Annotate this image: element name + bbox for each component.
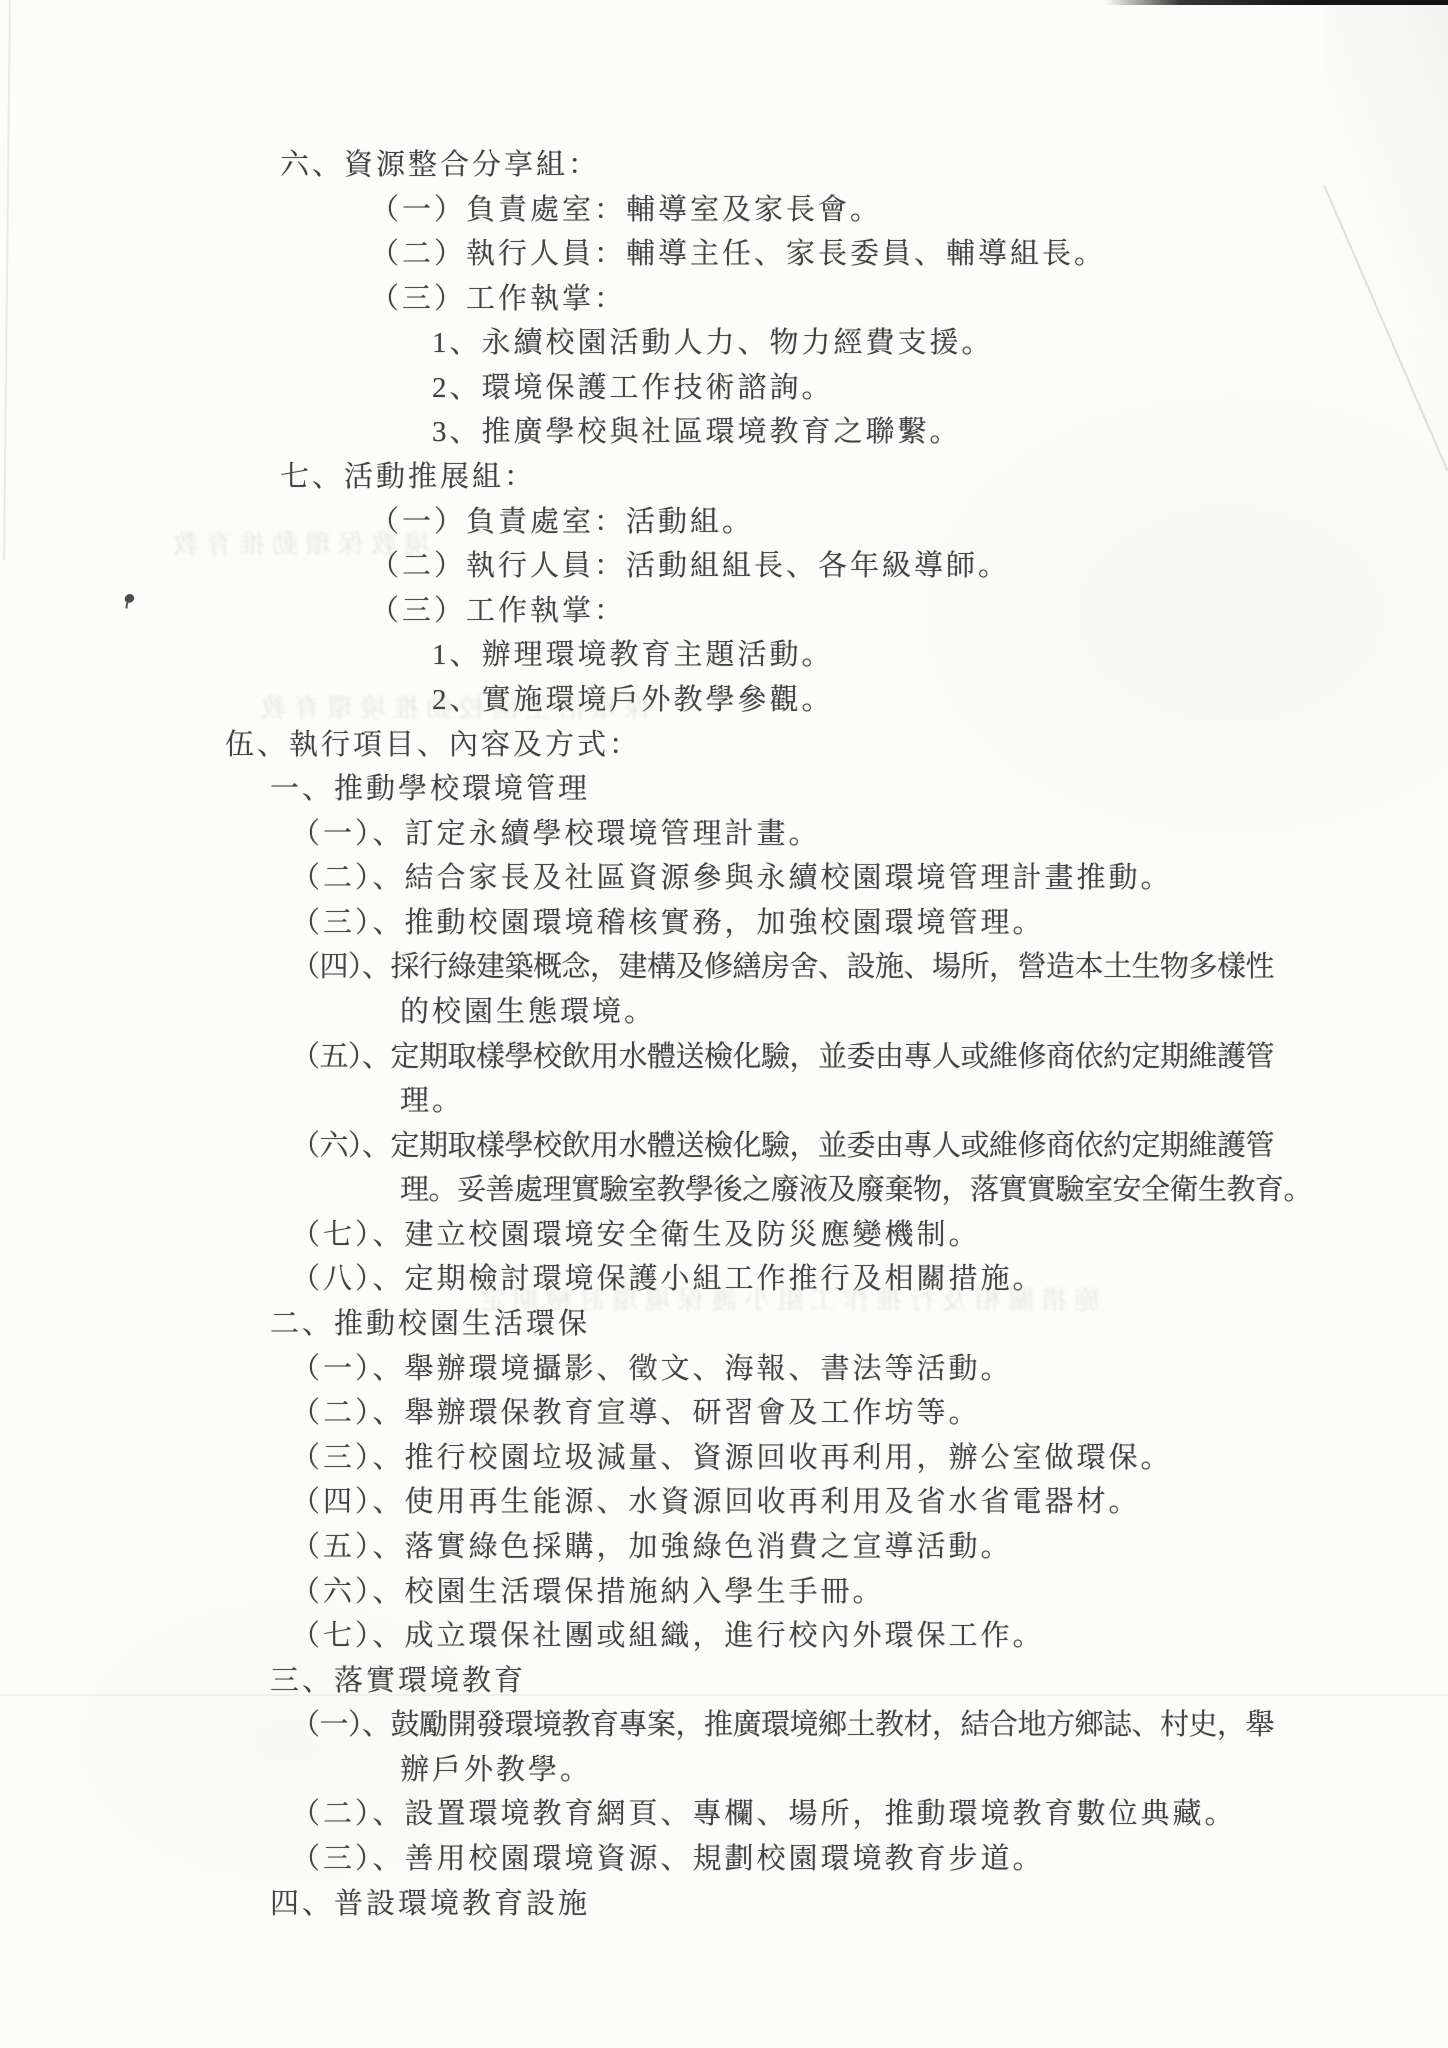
doc-line: （二）、設置環境教育網頁、專欄、場所，推動環境教育數位典藏。 bbox=[0, 1792, 1448, 1837]
doc-line: （二）、結合家長及社區資源參與永續校園環境管理計畫推動。 bbox=[0, 856, 1448, 901]
doc-line: （四）、使用再生能源、水資源回收再利用及省水省電器材。 bbox=[0, 1480, 1448, 1525]
doc-line: （六）、校園生活環保措施納入學生手冊。 bbox=[0, 1570, 1448, 1615]
doc-line: 一、推動學校環境管理 bbox=[0, 767, 1448, 812]
doc-line: （二）執行人員：輔導主任、家長委員、輔導組長。 bbox=[0, 232, 1448, 277]
doc-line: 1、永續校園活動人力、物力經費支援。 bbox=[0, 321, 1448, 366]
doc-line: 3、推廣學校與社區環境教育之聯繫。 bbox=[0, 410, 1448, 455]
scanned-document-page: 六、資源整合分享組：（一）負責處室：輔導室及家長會。（二）執行人員：輔導主任、家… bbox=[0, 0, 1448, 2048]
doc-line: （三）、推動校園環境稽核實務，加強校園環境管理。 bbox=[0, 901, 1448, 946]
doc-line: 七、活動推展組： bbox=[0, 455, 1448, 500]
doc-line: 的校園生態環境。 bbox=[0, 990, 1448, 1035]
doc-line: （六）、定期取樣學校飲用水體送檢化驗，並委由專人或維修商依約定期維護管 bbox=[0, 1124, 1448, 1169]
doc-line: 六、資源整合分享組： bbox=[0, 143, 1448, 188]
doc-line: （一）負責處室：輔導室及家長會。 bbox=[0, 188, 1448, 233]
document-text-column: 六、資源整合分享組：（一）負責處室：輔導室及家長會。（二）執行人員：輔導主任、家… bbox=[0, 143, 1448, 1926]
doc-line: （五）、落實綠色採購，加強綠色消費之宣導活動。 bbox=[0, 1525, 1448, 1570]
doc-line: 理。妥善處理實驗室教學後之廢液及廢棄物，落實實驗室安全衛生教育。 bbox=[0, 1168, 1448, 1213]
doc-line: （三）、推行校園垃圾減量、資源回收再利用，辦公室做環保。 bbox=[0, 1436, 1448, 1481]
doc-line: （四）、採行綠建築概念，建構及修繕房舍、設施、場所，營造本土生物多樣性 bbox=[0, 945, 1448, 990]
doc-line: （一）、鼓勵開發環境教育專案，推廣環境鄉土教材，結合地方鄉誌、村史，舉 bbox=[0, 1703, 1448, 1748]
doc-line: （一）、訂定永續學校環境管理計畫。 bbox=[0, 812, 1448, 857]
doc-line: （三）、善用校園環境資源、規劃校園環境教育步道。 bbox=[0, 1837, 1448, 1882]
doc-line: 理。 bbox=[0, 1079, 1448, 1124]
doc-line: （七）、成立環保社團或組織，進行校內外環保工作。 bbox=[0, 1614, 1448, 1659]
doc-line: （三）工作執掌： bbox=[0, 589, 1448, 634]
ghost-text-band: 施措關相及行推作工組小護保境環討檢期定 bbox=[160, 1286, 1100, 1316]
doc-line: 三、落實環境教育 bbox=[0, 1659, 1448, 1704]
doc-line: 2、環境保護工作技術諮詢。 bbox=[0, 366, 1448, 411]
ghost-text-band: 保環活生園校動推境環育教 bbox=[150, 694, 650, 724]
doc-line: （三）工作執掌： bbox=[0, 277, 1448, 322]
doc-line: （一）、舉辦環境攝影、徵文、海報、書法等活動。 bbox=[0, 1347, 1448, 1392]
doc-line: 辦戶外教學。 bbox=[0, 1748, 1448, 1793]
doc-line: （五）、定期取樣學校飲用水體送檢化驗，並委由專人或維修商依約定期維護管 bbox=[0, 1035, 1448, 1080]
ghost-text-band: 境教保環動推育教 bbox=[140, 530, 430, 560]
scan-streak-line bbox=[0, 1694, 1448, 1696]
doc-line: （二）、舉辦環保教育宣導、研習會及工作坊等。 bbox=[0, 1391, 1448, 1436]
doc-line: （七）、建立校園環境安全衛生及防災應變機制。 bbox=[0, 1213, 1448, 1258]
doc-line: 四、普設環境教育設施 bbox=[0, 1882, 1448, 1927]
doc-line: 1、辦理環境教育主題活動。 bbox=[0, 633, 1448, 678]
doc-line: 伍、執行項目、內容及方式： bbox=[0, 723, 1448, 768]
